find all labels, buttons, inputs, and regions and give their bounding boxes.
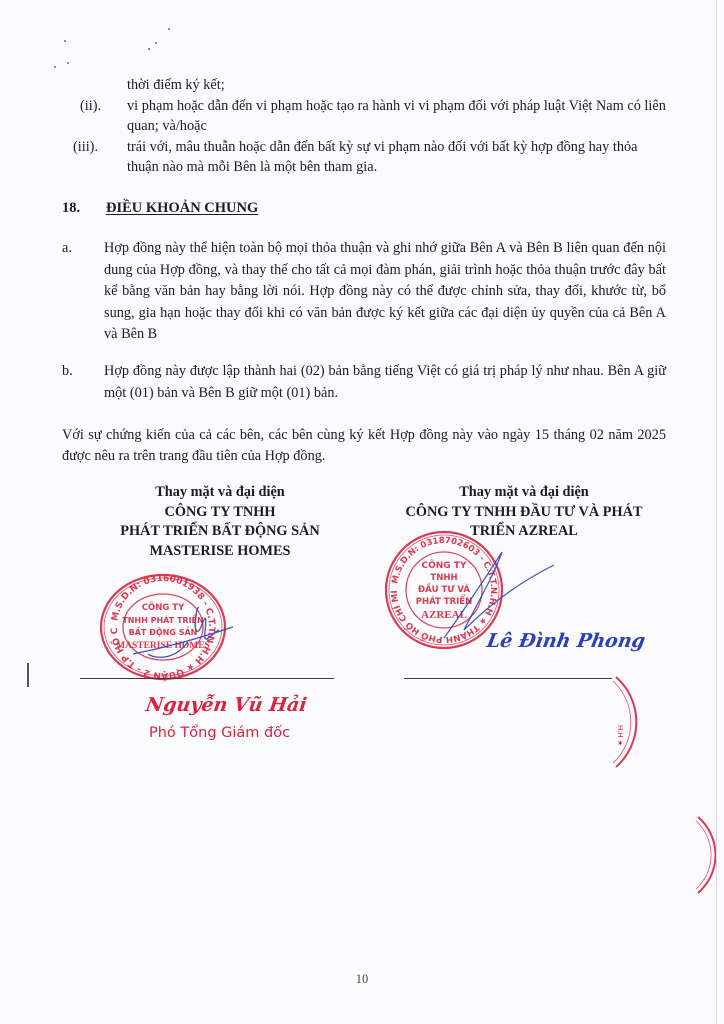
party-b-stamp-line: PHÁT TRIỂN (416, 594, 472, 607)
party-a-signature-line (80, 678, 334, 679)
clause-text: Hợp đồng này được lập thành hai (02) bản… (104, 361, 666, 404)
party-a-stamp-ring-text: M.S.D.N: 0316001938 - C.T.T.N.H.H ★ QUẬN… (93, 572, 216, 681)
section-number: 18. (62, 200, 106, 217)
scan-speck (64, 40, 66, 42)
scan-speck (155, 42, 157, 44)
page-edge (716, 0, 717, 1024)
party-b-signature-line (404, 678, 612, 679)
list-item-text: quan; và/hoặc (127, 116, 207, 137)
list-item-text: thuận nào mà mỗi Bên là một bên tham gia… (127, 157, 377, 178)
party-a-company-line: PHÁT TRIỂN BẤT ĐỘNG SẢN (90, 522, 350, 542)
party-b-stamp-line: CÔNG TY (422, 559, 467, 571)
party-b-company-line: CÔNG TY TNHH ĐẦU TƯ VÀ PHÁT (374, 503, 674, 523)
party-b-stamp-line: ĐẦU TƯ VÀ (418, 582, 470, 595)
party-a-signer-title: Phó Tổng Giám đốc (149, 725, 290, 741)
clause-label: a. (62, 238, 72, 259)
party-a-company-line: MASTERISE HOMES (90, 542, 350, 562)
overlap-seal-fragment: H.H ★ (612, 675, 642, 770)
margin-mark (27, 663, 29, 687)
svg-text:H.H ★: H.H ★ (616, 725, 624, 746)
list-item-label: (ii). (80, 96, 101, 117)
scan-speck (67, 62, 69, 64)
party-a-signer-name: Nguyễn Vũ Hải (144, 694, 308, 716)
list-item-text: vi phạm hoặc dẫn đến vi phạm hoặc tạo ra… (127, 96, 667, 117)
list-item-label: (iii). (73, 137, 98, 158)
party-a-stamp-line: MASTERISE HOMES (116, 641, 210, 651)
scan-speck (148, 48, 150, 50)
svg-text:M.S.D.N: 0316001938 - C.T.T.N.: M.S.D.N: 0316001938 - C.T.T.N.H.H ★ QUẬN… (93, 572, 216, 681)
party-a-company-line: CÔNG TY TNHH (90, 503, 350, 523)
list-item-text: trái với, mâu thuẫn hoặc dẫn đến bất kỳ … (127, 137, 667, 158)
scan-speck (168, 28, 170, 30)
section-heading: 18.ĐIỀU KHOẢN CHUNG (62, 200, 258, 217)
party-a-company-stamp: M.S.D.N: 0316001938 - C.T.T.N.H.H ★ QUẬN… (93, 572, 233, 682)
overlap-seal-fragment (696, 815, 716, 895)
party-a-signature-block: Thay mặt và đại diện CÔNG TY TNHH PHÁT T… (90, 483, 350, 561)
party-b-heading: Thay mặt và đại diện (374, 483, 674, 503)
scan-speck (54, 66, 56, 68)
party-a-stamp-line: BẤT ĐỘNG SẢN (129, 625, 198, 637)
witness-statement: Với sự chứng kiến của cả các bên, các bê… (62, 425, 666, 467)
clause-label: b. (62, 361, 73, 382)
section-title: ĐIỀU KHOẢN CHUNG (106, 200, 258, 216)
clause-text: Hợp đồng này thể hiện toàn bộ mọi thỏa t… (104, 238, 666, 346)
party-b-signer-name: Lê Đình Phong (485, 630, 647, 652)
page-number: 10 (0, 972, 724, 987)
party-a-stamp-line: TNHH PHÁT TRIỂN (122, 613, 203, 625)
party-a-heading: Thay mặt và đại diện (90, 483, 350, 503)
party-b-stamp-line: TNHH (430, 573, 457, 583)
list-continuation-line: thời điểm ký kết; (127, 75, 225, 96)
party-a-stamp-line: CÔNG TY (142, 601, 185, 613)
document-page: thời điểm ký kết; (ii). vi phạm hoặc dẫn… (0, 0, 724, 1024)
